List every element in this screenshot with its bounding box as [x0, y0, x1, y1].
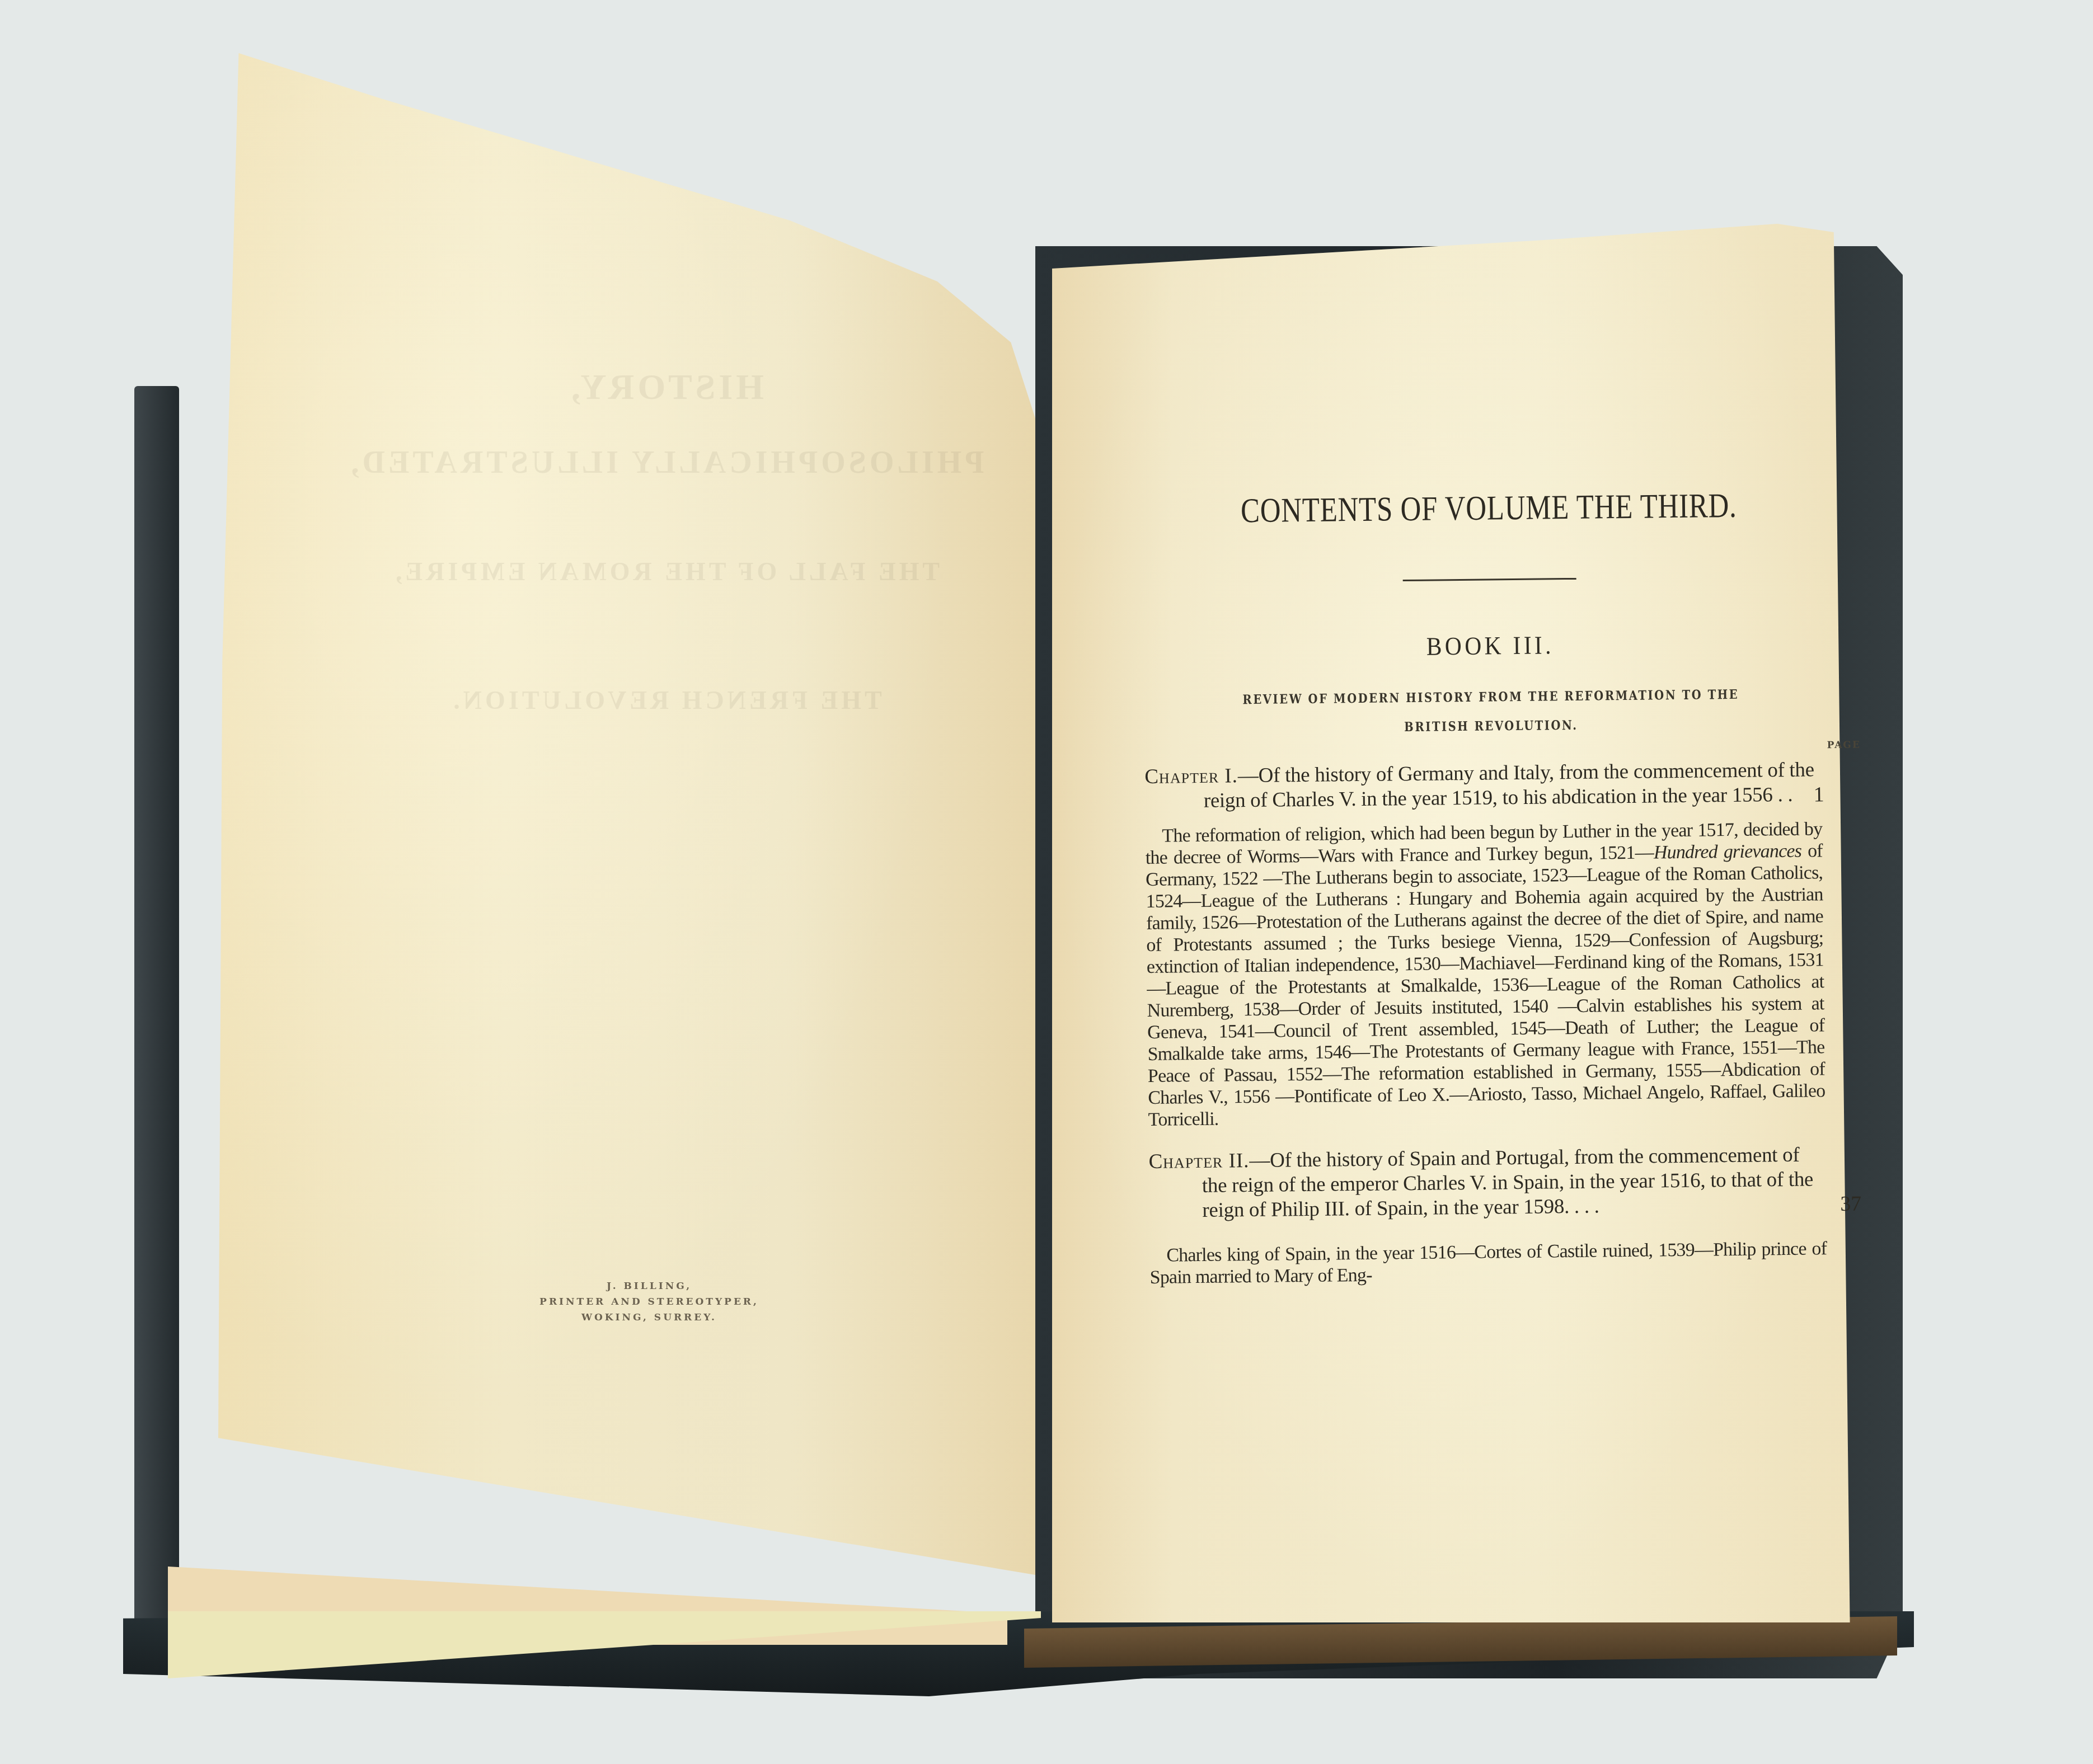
- chapter-summary: The reformation of religion, which had b…: [1145, 818, 1842, 1131]
- photo-scene: HISTORY, PHILOSOPHICALLY ILLUSTRATED, TH…: [0, 0, 2093, 1764]
- summary-text: of Germany, 1522 —The Lutherans begin to…: [1146, 840, 1825, 1130]
- printer-imprint: J. BILLING, PRINTER AND STEREOTYPER, WOK…: [509, 1278, 789, 1325]
- left-page: HISTORY, PHILOSOPHICALLY ILLUSTRATED, TH…: [218, 53, 1035, 1575]
- chapter-summary: Charles king of Spain, in the year 1516—…: [1149, 1238, 1844, 1288]
- imprint-line-location: WOKING, SURREY.: [509, 1310, 789, 1325]
- chapter-entry: Chapter I.—Of the history of Germany and…: [1144, 758, 1839, 814]
- summary-italic-text: Hundred grievances: [1654, 841, 1802, 863]
- book-subtitle-line: REVIEW OF MODERN HISTORY FROM THE REFORM…: [1196, 680, 1786, 715]
- chapter-title: —Of the history of Spain and Portugal, f…: [1202, 1144, 1814, 1222]
- chapter-title: —Of the history of Germany and Italy, fr…: [1204, 758, 1814, 812]
- book-subtitle: REVIEW OF MODERN HISTORY FROM THE REFORM…: [1196, 680, 1786, 744]
- showthrough-text: PHILOSOPHICALLY ILLUSTRATED,: [330, 445, 1002, 481]
- book-subtitle-line: BRITISH REVOLUTION.: [1196, 709, 1786, 744]
- imprint-line-printer-name: J. BILLING,: [509, 1278, 789, 1294]
- contents-page: CONTENTS OF VOLUME THE THIRD. BOOK III. …: [1142, 485, 1844, 1288]
- page-title: CONTENTS OF VOLUME THE THIRD.: [1204, 486, 1773, 531]
- chapter-label: Chapter II.: [1148, 1149, 1249, 1173]
- showthrough-text: HISTORY,: [330, 366, 1002, 408]
- chapter-label: Chapter I.: [1144, 764, 1238, 788]
- imprint-line-trade: PRINTER AND STEREOTYPER,: [509, 1294, 789, 1310]
- showthrough-text: THE FALL OF THE ROMAN EMPIRE,: [330, 557, 1002, 586]
- title-divider: [1403, 578, 1576, 581]
- book-cover-front-board-edge: [134, 386, 179, 1656]
- book-heading: BOOK III.: [1178, 628, 1803, 664]
- chapter-entry: Chapter II.—Of the history of Spain and …: [1148, 1142, 1843, 1224]
- showthrough-text: THE FRENCH REVOLUTION.: [330, 685, 1002, 715]
